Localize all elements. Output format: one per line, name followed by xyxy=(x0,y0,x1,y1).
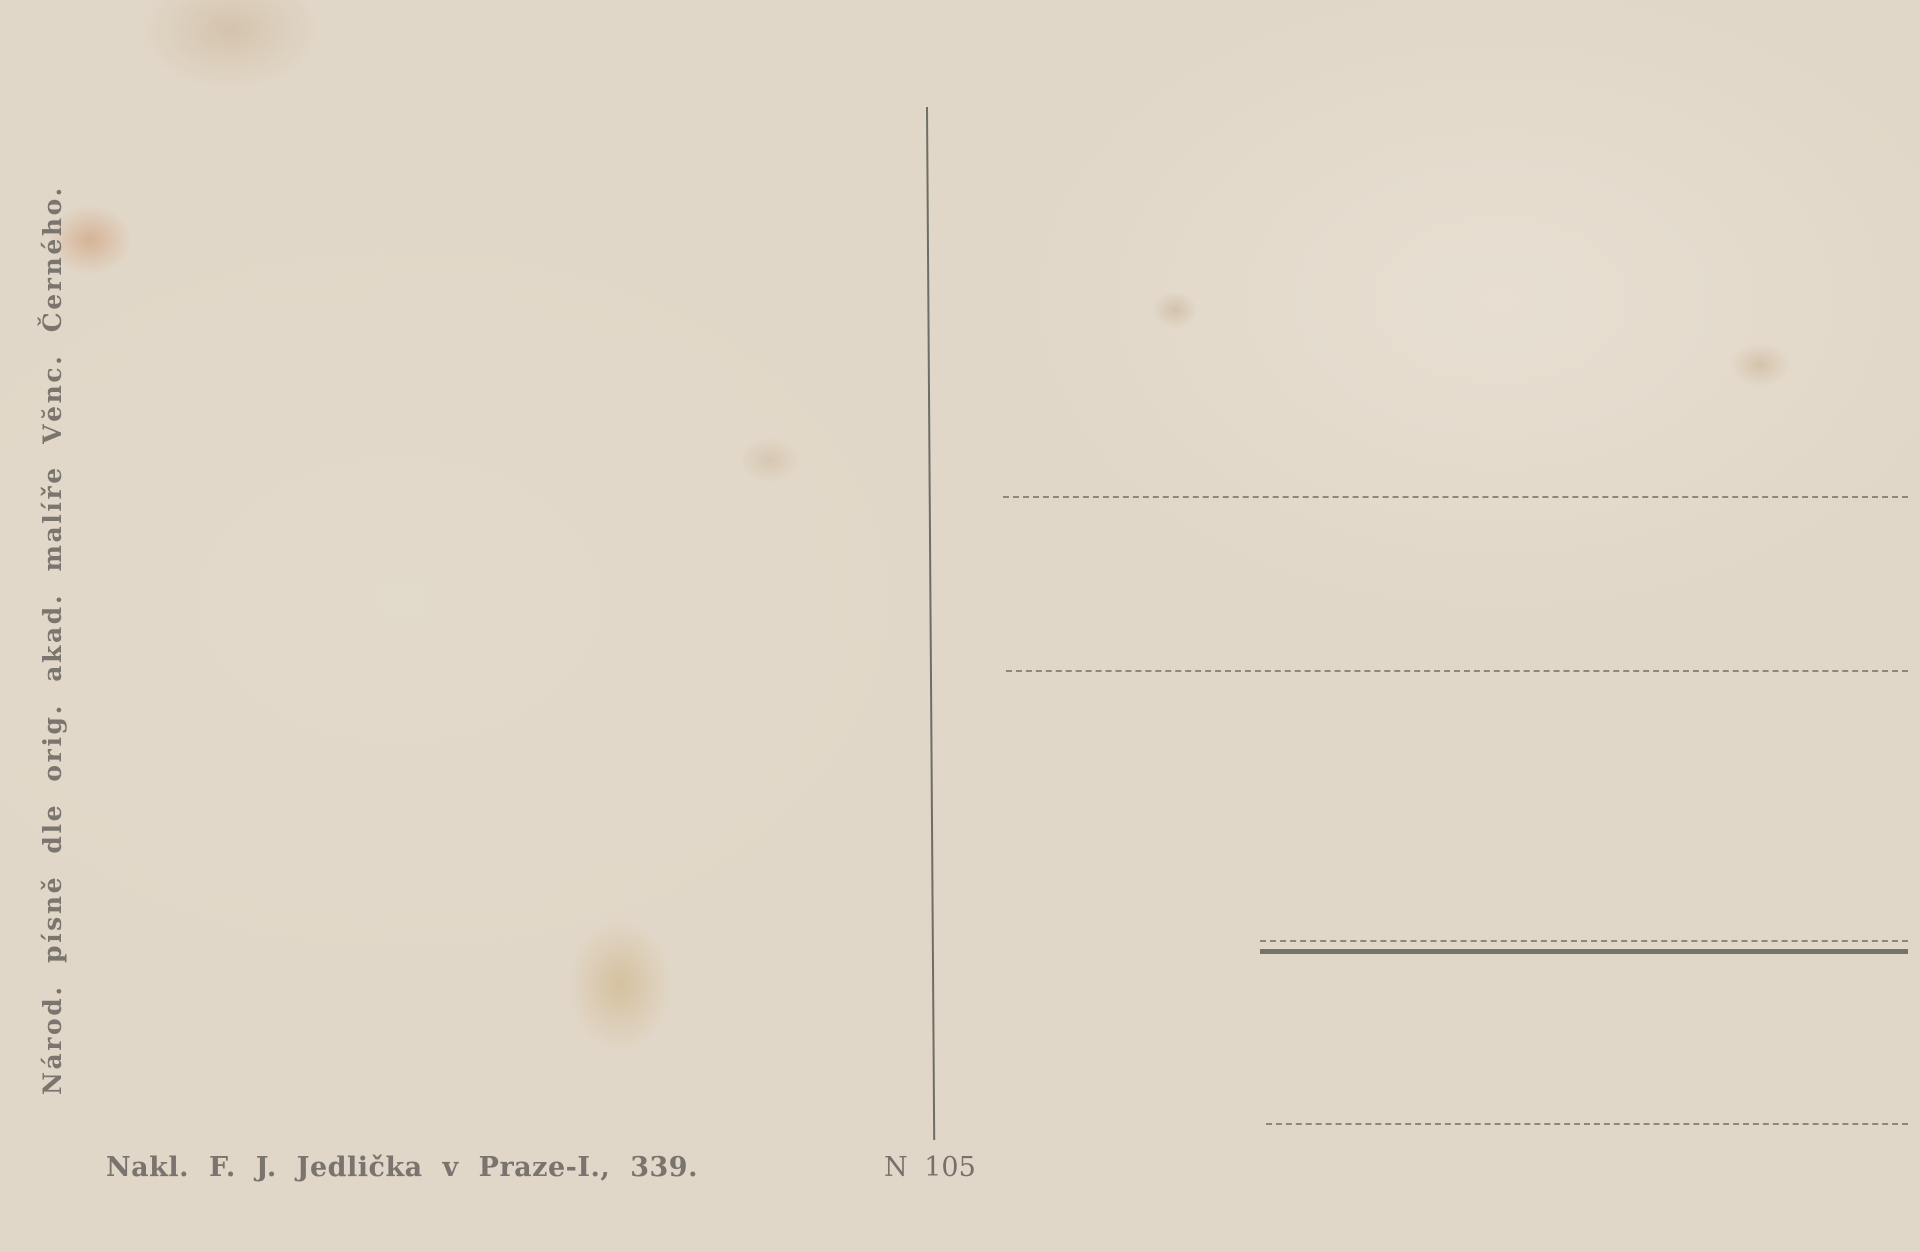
message-address-divider xyxy=(926,107,935,1140)
series-number: N 105 xyxy=(884,1152,976,1183)
vertical-caption: Národ. písně dle orig. akad. malíře Vĕnc… xyxy=(38,185,67,1095)
address-line-4 xyxy=(1266,1123,1908,1125)
address-line-2 xyxy=(1006,670,1908,672)
address-line-underline xyxy=(1260,949,1908,954)
publisher-imprint: Nakl. F. J. Jedlička v Praze-I., 339. xyxy=(106,1152,698,1183)
address-line-3 xyxy=(1260,940,1908,942)
postcard-back: Národ. písně dle orig. akad. malíře Vĕnc… xyxy=(0,0,1920,1252)
address-line-1 xyxy=(1003,496,1908,498)
